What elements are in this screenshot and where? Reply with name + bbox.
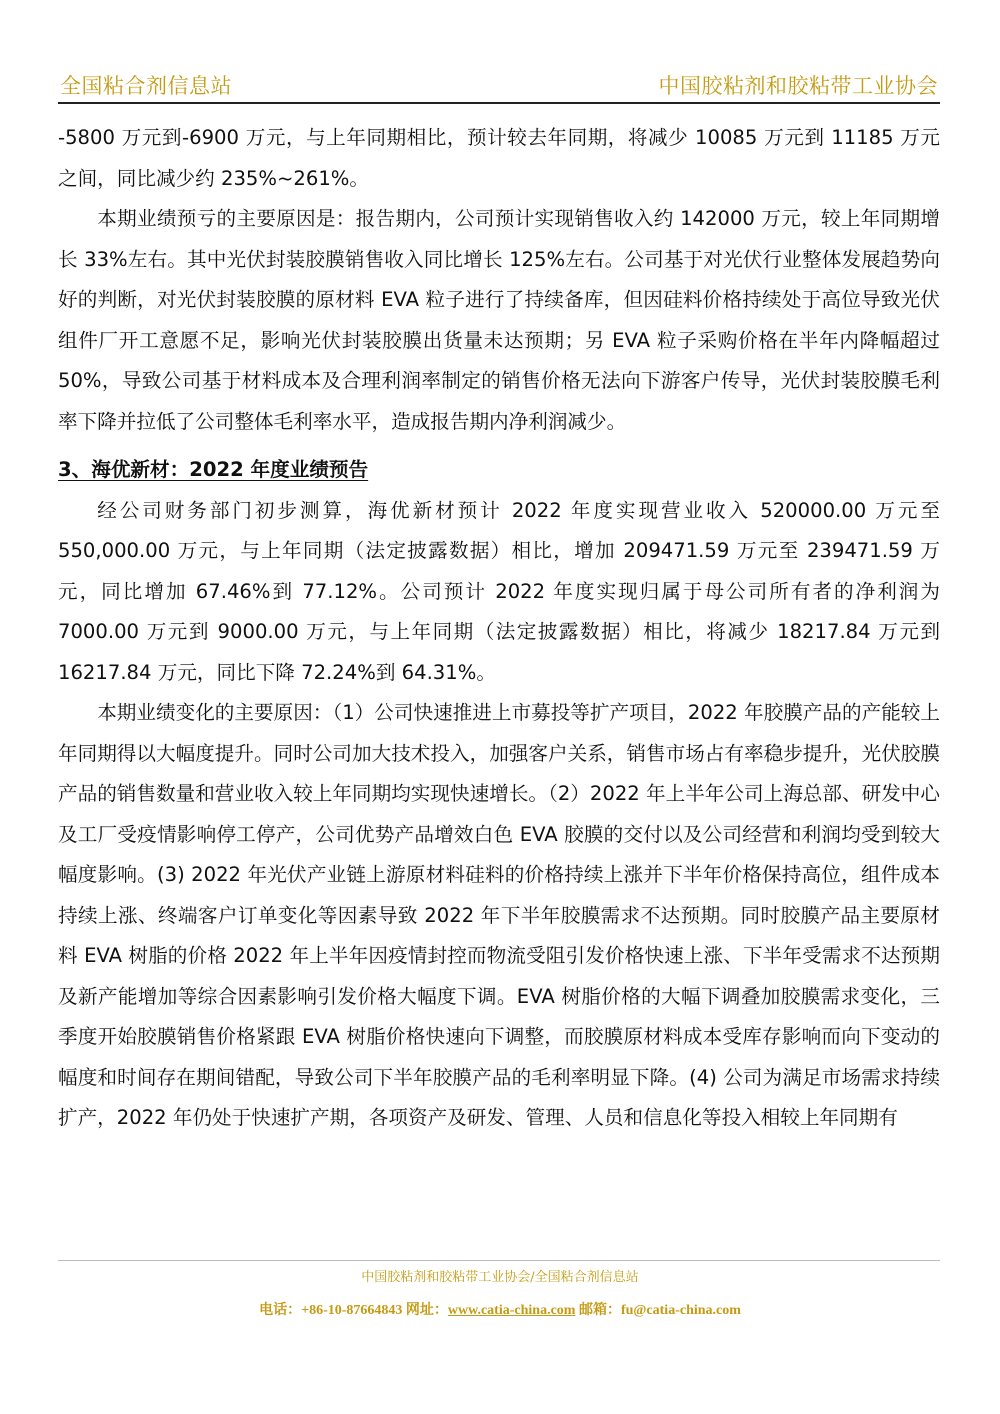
paragraph-forecast: 经公司财务部门初步测算，海优新材预计 2022 年度实现营业收入 520000.… bbox=[58, 491, 940, 694]
page-header: 全国粘合剂信息站 中国胶粘剂和胶粘带工业协会 bbox=[58, 72, 940, 104]
document-page: 全国粘合剂信息站 中国胶粘剂和胶粘带工业协会 -5800 万元到-6900 万元… bbox=[0, 0, 1000, 1414]
footer-organization: 中国胶粘剂和胶粘带工业协会/全国粘合剂信息站 bbox=[0, 1266, 1000, 1285]
phone-label: 电话： bbox=[259, 1303, 301, 1318]
paragraph-change-reasons: 本期业绩变化的主要原因：（1）公司快速推进上市募投等扩产项目，2022 年胶膜产… bbox=[58, 693, 940, 1139]
website-label: 网址： bbox=[406, 1303, 448, 1318]
email-address[interactable]: fu@catia-china.com bbox=[621, 1303, 741, 1318]
email-label: 邮箱： bbox=[579, 1303, 621, 1318]
footer-divider bbox=[58, 1260, 940, 1261]
footer-contact: 电话：+86-10-87664843 网址：www.catia-china.co… bbox=[0, 1299, 1000, 1319]
document-body: -5800 万元到-6900 万元，与上年同期相比，预计较去年同期，将减少 10… bbox=[58, 118, 940, 1139]
paragraph-loss-reasons: 本期业绩预亏的主要原因是：报告期内，公司预计实现销售收入约 142000 万元，… bbox=[58, 199, 940, 442]
phone-number: +86-10-87664843 bbox=[301, 1303, 402, 1318]
header-association-name: 中国胶粘剂和胶粘带工业协会 bbox=[659, 72, 939, 100]
section-heading: 3、海优新材：2022 年度业绩预告 bbox=[58, 450, 940, 491]
website-link[interactable]: www.catia-china.com bbox=[448, 1303, 576, 1318]
header-site-name: 全国粘合剂信息站 bbox=[60, 72, 232, 100]
paragraph-continuation: -5800 万元到-6900 万元，与上年同期相比，预计较去年同期，将减少 10… bbox=[58, 118, 940, 199]
